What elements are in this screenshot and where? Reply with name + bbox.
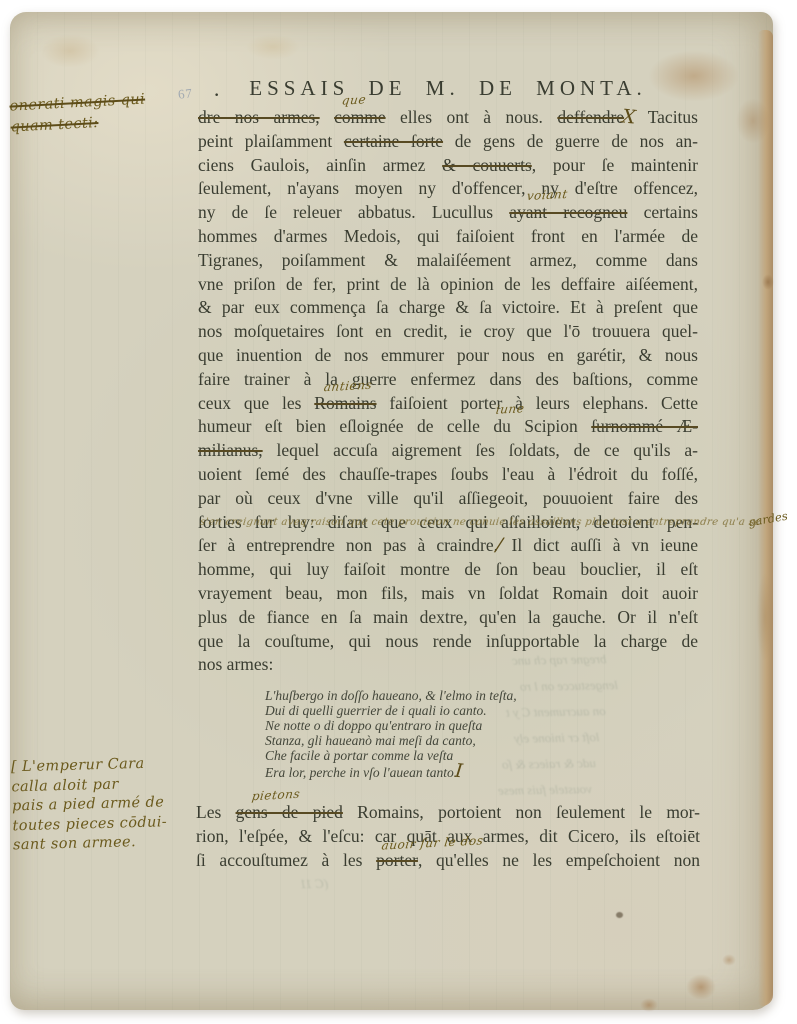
verse-line: Che facile à portar comme la veſta — [265, 749, 685, 764]
ink-speck — [616, 912, 623, 918]
handwritten-correction: iune — [495, 403, 525, 416]
print-line: que la couſtume, qui nous rende inſuppor… — [198, 630, 698, 654]
print-line: faire trainer à la guerre enfermez dans … — [198, 368, 698, 392]
print-line: Les gens de piedpietons Romains, portoie… — [196, 800, 700, 824]
print-line: humeur eſt bien eſloignée de celle duiun… — [198, 415, 698, 439]
handwritten-correction: pietons — [251, 788, 301, 802]
print-line: vne priſon de fer, print de là opinion d… — [198, 273, 698, 297]
print-line: ciens Gaulois, ainſin armez & couuerts, … — [198, 154, 698, 178]
verse-line: Ne notte o di doppo qu'entraro in queſta — [265, 719, 685, 734]
print-line: ſeulement, n'ayans moyen ny d'offencer, … — [198, 177, 698, 201]
stain — [722, 954, 736, 966]
print-line: homme, qui luy faiſoit montre de ſon bea… — [198, 558, 698, 582]
handwriting-line: sant son armee. — [13, 832, 191, 856]
printed-body-text: dre nos armes, commeque elles ont à nous… — [198, 106, 698, 677]
print-line: Tigranes, poiſamment & malaiſéement arme… — [198, 249, 698, 273]
stain — [246, 34, 300, 60]
print-line: hommes d'armes Medois, qui faiſoient fro… — [198, 225, 698, 249]
print-line: ny de ſe releuer abbatus. Lucullus ayant… — [198, 201, 698, 225]
stain — [686, 974, 716, 1000]
printed-closing-paragraph: Les gens de piedpietons Romains, portoie… — [196, 800, 700, 873]
print-line: dre nos armes, commeque elles ont à nous… — [198, 106, 698, 130]
page-title: ESSAIS DE M. DE MONTA. — [249, 76, 647, 100]
print-line: ſer à entreprendre non pas à craindre./ … — [198, 534, 698, 558]
print-line: uoient ſemé des chauſſe-trapes ſoubs l'e… — [198, 463, 698, 487]
verse-line: L'huſbergo in doſſo haueano, & l'elmo in… — [265, 689, 685, 704]
stain — [640, 998, 658, 1012]
print-line: nos moſquetaires ſont en credit, ie croy… — [198, 320, 698, 344]
print-line: & par eux commença ſa charge & ſa victoi… — [198, 296, 698, 320]
stain — [40, 34, 100, 68]
pen-mark: I — [454, 763, 463, 779]
book-page: bregne rap ch unclengestucce on l roon a… — [10, 12, 773, 1010]
bleed-through-text: voustele fuis mese — [498, 781, 592, 799]
running-header: ESSAIS DE M. DE MONTA. — [198, 76, 698, 101]
print-line: par où ceux d'vne ville qu'il aſſiegeoit… — [198, 487, 698, 511]
verse-quotation: L'huſbergo in doſſo haueano, & l'elmo in… — [265, 689, 685, 780]
print-line: ſi accouſtumez à les porterauoir ſur le … — [196, 848, 700, 872]
print-line: ceux que les Romainsantiens faiſoient po… — [198, 392, 698, 416]
handwritten-correction: antiens — [323, 378, 373, 392]
handwritten-note-bottom-left: [ L'emperur Caracalla aloit parpais a pi… — [11, 754, 191, 856]
bleed-through-text: (C 11 — [300, 876, 329, 892]
print-line: milianus, lequel accuſa aigrement ſes ſo… — [198, 439, 698, 463]
handwritten-correction: que — [341, 93, 367, 106]
print-line: nos armes: — [198, 653, 698, 677]
print-line: vrayement beau, mon fils, mais vn ſoldat… — [198, 582, 698, 606]
handwritten-note-top-left-struck: onerati magis quiquam tecti: — [9, 87, 186, 138]
handwritten-interline-addition: s'en creignant aveq raison que cete prou… — [199, 517, 749, 528]
handwritten-correction: voiant — [526, 188, 568, 202]
print-line: plus de fiance en ſa main dextre, qu'en … — [198, 606, 698, 630]
print-line: que inuention de nos emmurer pour nous e… — [198, 344, 698, 368]
verse-line: Era lor, perche in vſo l'auean tanto.I — [265, 764, 685, 781]
verse-line: Stanza, gli haueanò mai meſi da canto, — [265, 734, 685, 749]
pen-mark: X — [621, 105, 637, 130]
verse-line: Dui di quelli guerrier de i quali io can… — [265, 704, 685, 719]
print-line: peint plaiſamment certaine ſorte de gens… — [198, 130, 698, 154]
